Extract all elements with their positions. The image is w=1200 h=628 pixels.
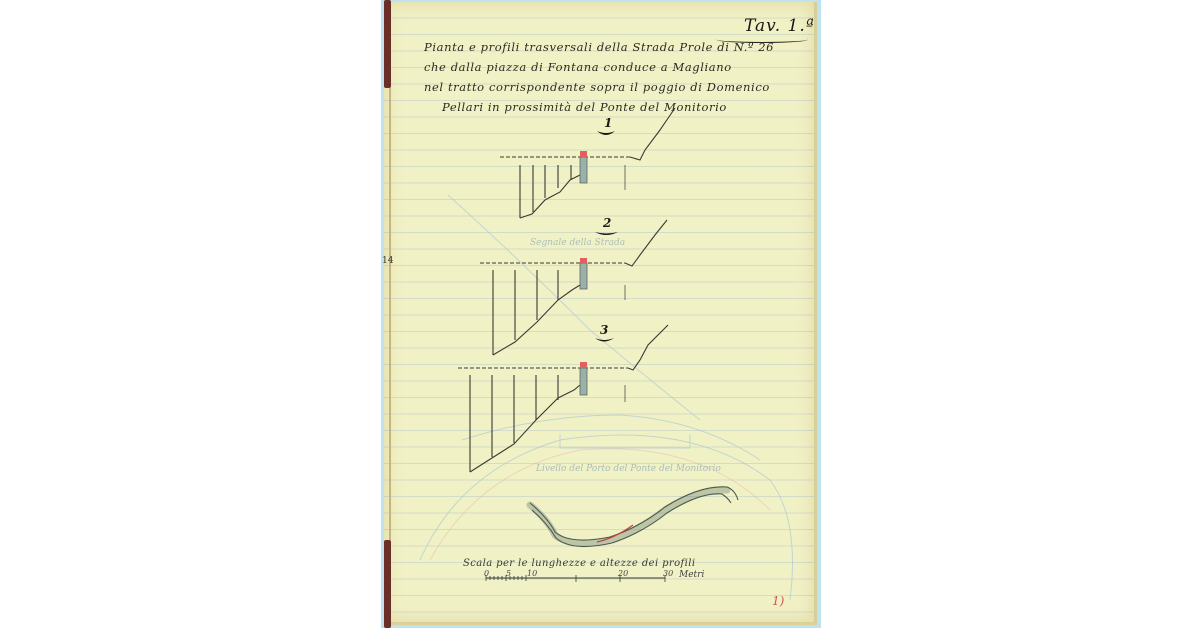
scale-tick-10: 10 bbox=[527, 569, 537, 578]
section-number-3: 3 bbox=[600, 323, 608, 337]
scale-tick-5: 5 bbox=[506, 569, 511, 578]
scale-tick-0: 0 bbox=[484, 569, 489, 578]
scale-tick-30: 30 bbox=[663, 569, 673, 578]
section-number-1: 1 bbox=[604, 116, 612, 130]
scale-tick-20: 20 bbox=[618, 569, 628, 578]
scale-unit: Metri bbox=[679, 570, 704, 580]
faint-annotation-1: Segnale della Strada bbox=[530, 238, 625, 248]
technical-drawings bbox=[0, 0, 1200, 628]
section-markers bbox=[595, 131, 618, 342]
scale-caption: Scala per le lunghezze e altezze dei pro… bbox=[463, 558, 695, 569]
section-number-2: 2 bbox=[603, 216, 611, 230]
faint-annotation-2: Livello del Porto del Ponte del Monitori… bbox=[536, 464, 721, 474]
scale-bar bbox=[486, 575, 665, 582]
road-plan-view bbox=[530, 487, 738, 547]
red-page-mark: 1) bbox=[772, 594, 784, 608]
cross-section-1 bbox=[500, 108, 675, 218]
